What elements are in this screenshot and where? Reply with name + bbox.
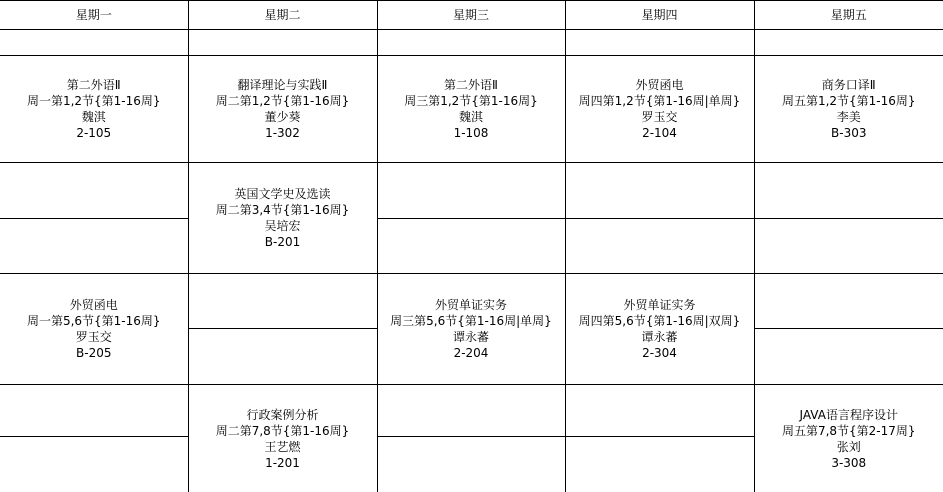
timetable-grid: 星期一 星期二 星期三 星期四 星期五 第二外语Ⅱ 周一第1,2节{第1-16周… (0, 0, 943, 492)
cell-friday-period78: JAVA语言程序设计 周五第7,8节{第2-17周} 张刘 3-308 (754, 384, 943, 492)
course-time: 周一第1,2节{第1-16周} (0, 93, 188, 109)
empty-cell (377, 163, 565, 219)
course-name: 翻译理论与实践Ⅱ (189, 77, 377, 93)
course-room: 2-104 (566, 125, 754, 141)
course-name: 英国文学史及选读 (189, 186, 377, 202)
empty-cell (565, 163, 754, 219)
cell-thursday-period56: 外贸单证实务 周四第5,6节{第1-16周|双周} 谭永蕃 2-304 (565, 273, 754, 384)
empty-cell (754, 328, 943, 384)
course-teacher: 吴培宏 (189, 218, 377, 234)
course-time: 周二第1,2节{第1-16周} (189, 93, 377, 109)
empty-cell (754, 163, 943, 219)
course-time: 周五第1,2节{第1-16周} (755, 93, 943, 109)
period-3-4-row-lower (0, 219, 943, 273)
empty-cell (754, 273, 943, 328)
empty-cell (377, 219, 565, 273)
course-block: 商务口译Ⅱ 周五第1,2节{第1-16周} 李美 B-303 (755, 77, 943, 141)
empty-cell (377, 30, 565, 56)
course-time: 周四第5,6节{第1-16周|双周} (566, 313, 754, 329)
cell-friday-period12: 商务口译Ⅱ 周五第1,2节{第1-16周} 李美 B-303 (754, 56, 943, 163)
course-time: 周五第7,8节{第2-17周} (755, 423, 943, 439)
course-name: 第二外语Ⅱ (378, 77, 565, 93)
empty-cell (0, 219, 188, 273)
header-monday: 星期一 (0, 1, 188, 30)
empty-cell (754, 30, 943, 56)
course-teacher: 魏淇 (0, 109, 188, 125)
course-block: 外贸函电 周一第5,6节{第1-16周} 罗玉交 B-205 (0, 297, 188, 361)
course-teacher: 谭永蕃 (566, 329, 754, 345)
course-name: 外贸单证实务 (378, 297, 565, 313)
course-room: 1-201 (189, 455, 377, 471)
course-room: 2-304 (566, 345, 754, 361)
course-time: 周二第7,8节{第1-16周} (189, 423, 377, 439)
course-room: B-201 (189, 234, 377, 250)
period-5-6-row-upper: 外贸函电 周一第5,6节{第1-16周} 罗玉交 B-205 外贸单证实务 周三… (0, 273, 943, 328)
spacer-row (0, 30, 943, 56)
course-room: 3-308 (755, 455, 943, 471)
course-teacher: 张刘 (755, 439, 943, 455)
empty-cell (0, 163, 188, 219)
period-1-2-row: 第二外语Ⅱ 周一第1,2节{第1-16周} 魏淇 2-105 翻译理论与实践Ⅱ … (0, 56, 943, 163)
cell-monday-period56: 外贸函电 周一第5,6节{第1-16周} 罗玉交 B-205 (0, 273, 188, 384)
course-name: JAVA语言程序设计 (755, 407, 943, 423)
course-teacher: 罗玉交 (566, 109, 754, 125)
empty-cell (754, 219, 943, 273)
course-block: 行政案例分析 周二第7,8节{第1-16周} 王艺燃 1-201 (189, 407, 377, 471)
empty-cell (565, 30, 754, 56)
course-teacher: 李美 (755, 109, 943, 125)
empty-cell (377, 384, 565, 436)
course-room: 1-302 (189, 125, 377, 141)
course-block: JAVA语言程序设计 周五第7,8节{第2-17周} 张刘 3-308 (755, 407, 943, 471)
course-block: 外贸单证实务 周四第5,6节{第1-16周|双周} 谭永蕃 2-304 (566, 297, 754, 361)
course-time: 周三第1,2节{第1-16周} (378, 93, 565, 109)
header-friday: 星期五 (754, 1, 943, 30)
cell-monday-period12: 第二外语Ⅱ 周一第1,2节{第1-16周} 魏淇 2-105 (0, 56, 188, 163)
empty-cell (0, 30, 188, 56)
cell-tuesday-period78: 行政案例分析 周二第7,8节{第1-16周} 王艺燃 1-201 (188, 384, 377, 492)
course-block: 英国文学史及选读 周二第3,4节{第1-16周} 吴培宏 B-201 (189, 186, 377, 250)
header-row: 星期一 星期二 星期三 星期四 星期五 (0, 1, 943, 30)
course-time: 周三第5,6节{第1-16周|单周} (378, 313, 565, 329)
course-name: 第二外语Ⅱ (0, 77, 188, 93)
course-room: B-205 (0, 345, 188, 361)
course-teacher: 谭永蕃 (378, 329, 565, 345)
header-tuesday: 星期二 (188, 1, 377, 30)
course-teacher: 罗玉交 (0, 329, 188, 345)
cell-wednesday-period56: 外贸单证实务 周三第5,6节{第1-16周|单周} 谭永蕃 2-204 (377, 273, 565, 384)
course-teacher: 董少葵 (189, 109, 377, 125)
course-room: 2-105 (0, 125, 188, 141)
course-name: 外贸单证实务 (566, 297, 754, 313)
cell-tuesday-period12: 翻译理论与实践Ⅱ 周二第1,2节{第1-16周} 董少葵 1-302 (188, 56, 377, 163)
course-block: 外贸函电 周四第1,2节{第1-16周|单周} 罗玉交 2-104 (566, 77, 754, 141)
period-3-4-row-upper: 英国文学史及选读 周二第3,4节{第1-16周} 吴培宏 B-201 (0, 163, 943, 219)
course-teacher: 王艺燃 (189, 439, 377, 455)
empty-cell (565, 219, 754, 273)
course-time: 周一第5,6节{第1-16周} (0, 313, 188, 329)
course-room: B-303 (755, 125, 943, 141)
empty-cell (188, 273, 377, 328)
course-name: 行政案例分析 (189, 407, 377, 423)
course-room: 2-204 (378, 345, 565, 361)
course-time: 周四第1,2节{第1-16周|单周} (566, 93, 754, 109)
header-thursday: 星期四 (565, 1, 754, 30)
course-block: 第二外语Ⅱ 周三第1,2节{第1-16周} 魏淇 1-108 (378, 77, 565, 141)
cell-wednesday-period12: 第二外语Ⅱ 周三第1,2节{第1-16周} 魏淇 1-108 (377, 56, 565, 163)
class-timetable: 星期一 星期二 星期三 星期四 星期五 第二外语Ⅱ 周一第1,2节{第1-16周… (0, 0, 943, 492)
empty-cell (188, 328, 377, 384)
empty-cell (188, 30, 377, 56)
course-time: 周二第3,4节{第1-16周} (189, 202, 377, 218)
course-block: 翻译理论与实践Ⅱ 周二第1,2节{第1-16周} 董少葵 1-302 (189, 77, 377, 141)
course-name: 商务口译Ⅱ (755, 77, 943, 93)
header-wednesday: 星期三 (377, 1, 565, 30)
empty-cell (565, 384, 754, 436)
course-teacher: 魏淇 (378, 109, 565, 125)
course-name: 外贸函电 (0, 297, 188, 313)
cell-thursday-period12: 外贸函电 周四第1,2节{第1-16周|单周} 罗玉交 2-104 (565, 56, 754, 163)
empty-cell (0, 384, 188, 436)
cell-tuesday-period34: 英国文学史及选读 周二第3,4节{第1-16周} 吴培宏 B-201 (188, 163, 377, 273)
empty-cell (565, 436, 754, 492)
course-block: 外贸单证实务 周三第5,6节{第1-16周|单周} 谭永蕃 2-204 (378, 297, 565, 361)
course-name: 外贸函电 (566, 77, 754, 93)
empty-cell (0, 436, 188, 492)
empty-cell (377, 436, 565, 492)
course-room: 1-108 (378, 125, 565, 141)
course-block: 第二外语Ⅱ 周一第1,2节{第1-16周} 魏淇 2-105 (0, 77, 188, 141)
period-7-8-row-upper: 行政案例分析 周二第7,8节{第1-16周} 王艺燃 1-201 JAVA语言程… (0, 384, 943, 436)
